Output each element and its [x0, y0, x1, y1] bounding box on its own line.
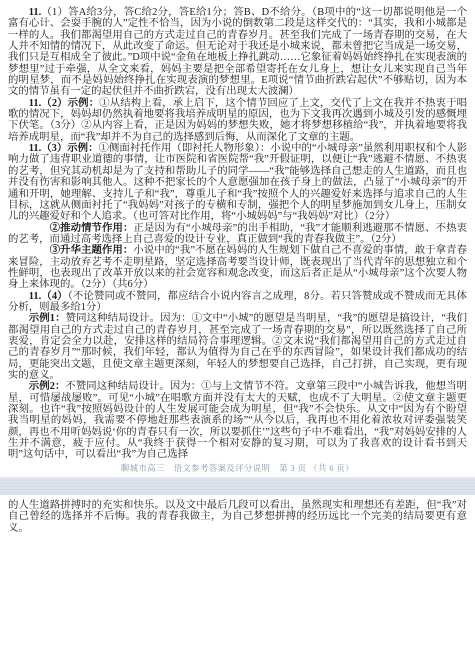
- answer-text: 赞同这种结局设计。因为：①文中“小城”的愿望是当明星，“我”的愿望是搞设计，“我…: [8, 313, 467, 381]
- answer-point-label: ②推动情节作用：: [50, 223, 134, 234]
- answer-point-label: ③升华主题作用：: [50, 245, 134, 256]
- answer-number-label: 11.（2）示例：: [29, 98, 99, 109]
- answer-paragraph: 11.（1）答A给3分，答C给2分，答E给1分；答B、D不给分。（B项中的“这一…: [8, 7, 467, 98]
- answer-text: 不赞同这种结局设计。因为：①与上文情节不符。文章第三段中“小城告诉我，他想当明星…: [8, 381, 467, 460]
- answer-number-label: 11.（3）示例：: [29, 143, 99, 154]
- answer-paragraph: ③升华主题作用：小说中的“我”不愿在妈妈的人生规划下做自己不喜爱的事情，敢于拿青…: [8, 245, 467, 290]
- example-label: 示例1：: [29, 313, 66, 324]
- answer-text: ①侧面衬托作用（即衬托人物形象）：小说中的“小城母亲”虽然利用职权和个人影响力做…: [8, 143, 467, 222]
- answer-paragraph: 11.（4）（不论赞同或不赞同，都应结合小说内容言之成理，8分。若只答赞成或不赞…: [8, 291, 467, 314]
- answer-paragraph: 11.（2）示例：①从结构上看，承上启下，这个情节回应了上文，交代了上文在我并不…: [8, 98, 467, 143]
- answer-number-label: 11.（4）: [29, 291, 68, 302]
- answer-paragraph: 示例2：不赞同这种结局设计。因为：①与上文情节不符。文章第三段中“小城告诉我，他…: [8, 381, 467, 460]
- answer-paragraph: ②推动情节作用：正是因为有“小城母亲”的出手相助，“我”才能顺利逃避那不情愿、不…: [8, 223, 467, 246]
- page-3-content: 11.（1）答A给3分，答C给2分，答E给1分；答B、D不给分。（B项中的“这一…: [0, 0, 475, 461]
- page-4-content: 的人生道路拼搏时的充实和快乐。以及文中最后几段可以看出，虽然现实和理想还有差距，…: [0, 495, 475, 535]
- example-label: 示例2：: [29, 381, 66, 392]
- answer-sheet-page: 11.（1）答A给3分，答C给2分，答E给1分；答B、D不给分。（B项中的“这一…: [0, 0, 475, 647]
- answer-paragraph-continued: 的人生道路拼搏时的充实和快乐。以及文中最后几段可以看出，虽然现实和理想还有差距，…: [8, 500, 467, 535]
- answer-paragraph: 示例1：赞同这种结局设计。因为：①文中“小城”的愿望是当明星，“我”的愿望是搞设…: [8, 313, 467, 381]
- answer-text: （1）答A给3分，答C给2分，答E给1分；答B、D不给分。（B项中的“这一切都说…: [8, 7, 467, 97]
- answer-number-label: 11.: [29, 7, 41, 18]
- answer-paragraph: 11.（3）示例：①侧面衬托作用（即衬托人物形象）：小说中的“小城母亲”虽然利用…: [8, 143, 467, 222]
- page-footer: 聊城市高三 语文参考答案及评分说明 第 3 页 （共 6 页）: [0, 464, 475, 474]
- page-break-gap: [0, 478, 475, 495]
- answer-text: （不论赞同或不赞同，都应结合小说内容言之成理，8分。若只答赞成或不赞成而无具体分…: [8, 291, 467, 313]
